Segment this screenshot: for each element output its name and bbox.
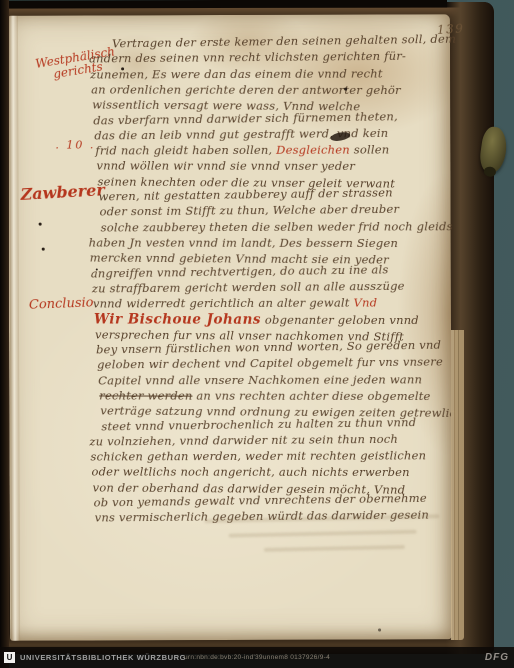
ink-text: an ordenlichen gerichte deren der antwor…	[91, 82, 401, 97]
manuscript-line: rechter werden an vns rechten achter die…	[99, 388, 430, 403]
manuscript-line: oder sonst im Stifft zu thun, Welche abe…	[100, 202, 400, 219]
ink-text: weren, nit gestatten zaubberey auff der …	[98, 185, 392, 203]
ink-spot	[42, 248, 45, 251]
manuscript-line: vnnd wöllen wir vnnd sie vnnd vnser yede…	[96, 159, 355, 173]
ink-text: andern des seinen vnn recht vlichsten ge…	[89, 49, 406, 66]
manuscript-line: zunemen, Es were dan das einem die vnnd …	[90, 66, 383, 81]
ink-text: schicken gethan werden, weder mit rechte…	[90, 448, 426, 463]
ink-text: rechter werden	[99, 388, 192, 402]
manuscript-line: Wir Bischoue Johans obgenanter geloben v…	[94, 312, 419, 329]
ink-text: zunemen, Es were dan das einem die vnnd …	[90, 66, 383, 81]
manuscript-line: Vertragen der erste kemer den seinen geh…	[112, 32, 456, 51]
manuscript-line: zu straffbarem gericht werden soll an al…	[92, 279, 405, 296]
manuscript-line: oder weltlichs noch angericht, auch nich…	[91, 465, 409, 480]
ink-text: vnnd widerredt gerichtlich an alter gewa…	[93, 296, 354, 311]
ink-text: oder sonst im Stifft zu thun, Welche abe…	[100, 202, 400, 219]
ink-text: frid nach gleidt haben sollen,	[95, 143, 276, 158]
ink-text: zu straffbarem gericht werden soll an al…	[92, 279, 405, 296]
ink-spot	[121, 67, 124, 70]
red-ink-text: Vnd	[353, 296, 377, 310]
manuscript-line: vnnd widerredt gerichtlich an alter gewa…	[93, 296, 377, 311]
page-block-fore-edge	[451, 330, 464, 640]
manuscript-line: haben Jn vesten vnnd im landt, Des besse…	[89, 235, 398, 250]
ink-text: an vns rechten achter diese obgemelte	[192, 389, 430, 403]
ink-text: solche zaubberey theten die selben weder…	[101, 219, 453, 234]
library-logo-icon: U	[4, 652, 15, 663]
digitization-footer-bar: U UNIVERSITÄTSBIBLIOTHEK WÜRZBURG urn:nb…	[0, 647, 514, 668]
manuscript-line: geloben wir dechent vnd Capitel obgemelt…	[97, 355, 443, 372]
manuscript-line: zu volnziehen, vnnd darwider nit zu sein…	[89, 432, 398, 449]
ink-text: Vertragen der erste kemer den seinen geh…	[112, 32, 456, 51]
manuscript-line: weren, nit gestatten zaubberey auff der …	[98, 185, 392, 203]
library-name-label: UNIVERSITÄTSBIBLIOTHEK WÜRZBURG	[20, 653, 186, 662]
ink-text: zu volnziehen, vnnd darwider nit zu sein…	[89, 432, 398, 449]
ink-spot	[344, 88, 347, 91]
manuscript-page: 139 Westphälisch gerichts . 10 . Zawbere…	[8, 14, 452, 641]
ink-text: Capitel vnnd alle vnsere Nachkomen eine …	[98, 372, 422, 387]
ink-spot	[378, 628, 381, 631]
ink-spot	[39, 223, 42, 226]
book-spine	[0, 0, 9, 668]
manuscript-line: solche zaubberey theten die selben weder…	[101, 219, 453, 234]
manuscript-line: an ordenlichen gerichte deren der antwor…	[91, 82, 401, 97]
manuscript-line: andern des seinen vnn recht vlichsten ge…	[89, 49, 406, 66]
ink-text: oder weltlichs noch angericht, auch nich…	[91, 465, 409, 480]
ink-text: geloben wir dechent vnd Capitel obgemelt…	[97, 355, 443, 372]
ink-text: haben Jn vesten vnnd im landt, Des besse…	[89, 235, 398, 250]
verso-showthrough	[204, 514, 440, 564]
red-ink-text: Wir Bischoue Johans	[94, 312, 261, 328]
urn-identifier-text: urn:nbn:de:bvb:20-ind'39unnem8 0137926/9…	[184, 654, 330, 661]
manuscript-scan-photo: 139 Westphälisch gerichts . 10 . Zawbere…	[0, 0, 514, 668]
ink-spot	[96, 268, 98, 270]
manuscript-line: schicken gethan werden, weder mit rechte…	[90, 448, 426, 463]
ink-text: sollen	[350, 143, 390, 157]
red-ink-text: Desgleichen	[276, 143, 350, 157]
ink-text: vnnd wöllen wir vnnd sie vnnd vnser yede…	[96, 159, 355, 173]
manuscript-line: frid nach gleidt haben sollen, Desgleich…	[95, 143, 389, 158]
manuscript-line: Capitel vnnd alle vnsere Nachkomen eine …	[98, 372, 422, 387]
dfg-logo: DFG	[485, 652, 509, 663]
photo-top-edge	[0, 0, 447, 9]
ink-text: obgenanter geloben vnnd	[261, 313, 419, 327]
